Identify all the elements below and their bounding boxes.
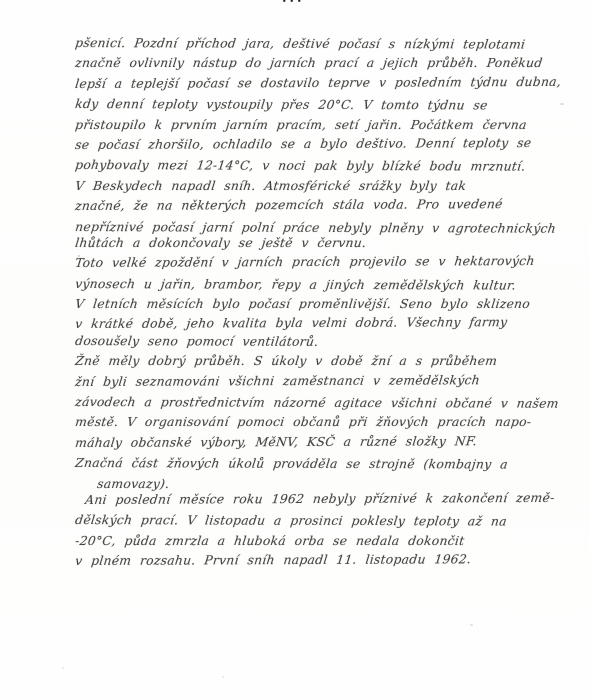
handwritten-line: máhaly občanské výbory, MěNV, KSČ a různ… — [74, 431, 555, 453]
handwritten-line: Toto velké zpoždění v jarních pracích pr… — [74, 251, 555, 273]
handwritten-line: se počasí zhoršilo, ochladilo se a bylo … — [74, 133, 555, 155]
handwritten-line: závodech a prostřednictvím názorné agita… — [74, 392, 554, 414]
handwritten-line: V Beskydech napadl sníh. Atmosférické sr… — [74, 176, 555, 196]
handwritten-line: Značná část žňových úkolů prováděla se s… — [74, 453, 554, 475]
handwritten-line: Ani poslední měsíce roku 1962 nebyly pří… — [74, 488, 555, 510]
handwritten-line: výnosech u jařin, brambor, řepy a jiných… — [74, 274, 554, 296]
handwritten-line: dosoušely seno pomocí ventilátorů. — [74, 331, 554, 353]
scan-speck — [560, 103, 564, 105]
handwritten-line: kdy denní teploty vystoupily přes 20°C. … — [74, 94, 554, 116]
handwritten-line: městě. V organisování pomoci občanů při … — [74, 412, 555, 432]
scan-speck — [222, 676, 224, 678]
handwritten-line: Žně měly dobrý průběh. S úkoly v době žn… — [74, 351, 555, 371]
handwritten-line: značné, že na některých pozemcích stála … — [74, 194, 555, 216]
handwritten-line: -20°C, půda zmrzla a hluboká orba se ned… — [74, 531, 555, 551]
clipped-page-number: ... — [282, 0, 305, 5]
handwritten-line: žní byli seznamováni všichni zaměstnanci… — [74, 370, 555, 392]
handwritten-text-block: pšenicí. Pozdní příchod jara, deštivé po… — [74, 33, 552, 572]
scan-speck — [62, 667, 64, 669]
handwritten-line: pohybovaly mezi 12-14°C, v noci pak byly… — [74, 155, 554, 177]
handwritten-line: pšenicí. Pozdní příchod jara, deštivé po… — [74, 33, 554, 55]
handwritten-line: značně ovlivnily nástup do jarních prací… — [74, 53, 555, 73]
handwritten-line: v plném rozsahu. První sníh napadl 11. l… — [74, 549, 555, 571]
scan-speck — [470, 624, 473, 626]
scanned-document-page: ... pšenicí. Pozdní příchod jara, deštiv… — [0, 0, 590, 700]
handwritten-line: přistoupilo k prvním jarním pracím, setí… — [74, 115, 555, 135]
handwritten-line: dělských prací. V listopadu a prosinci p… — [74, 510, 554, 532]
handwritten-line: lepší a teplejší počasí se dostavilo tep… — [74, 72, 555, 94]
